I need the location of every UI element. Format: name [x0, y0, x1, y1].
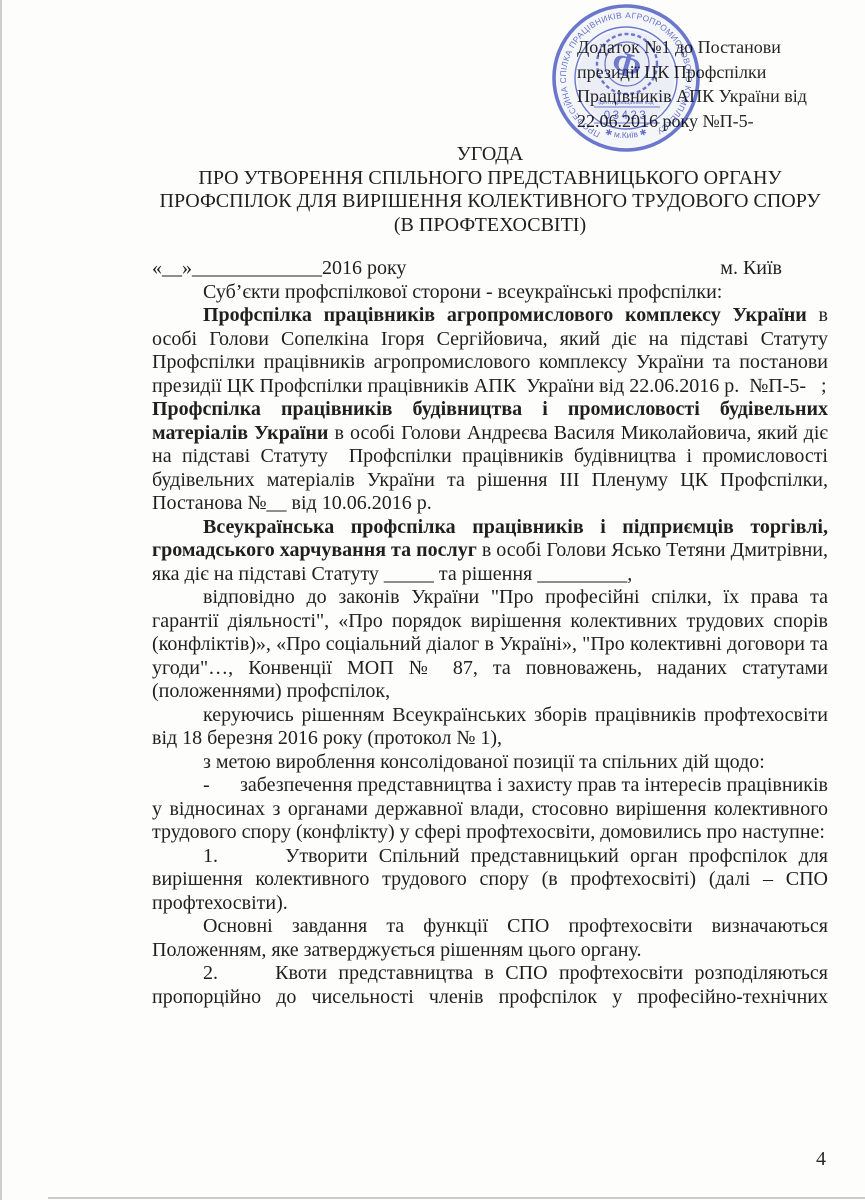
- party2-paragraph: Профспілка працівників будівництва і про…: [152, 398, 828, 516]
- clause-1a-paragraph: Основні завдання та функції СПО профтехо…: [152, 915, 828, 962]
- date-blank: «__»_____________2016 року: [152, 257, 406, 281]
- clause-2-paragraph: 2. Квоти представництва в СПО профтехосв…: [152, 962, 828, 1009]
- party1-name: Профспілка працівників агропромислового …: [203, 304, 807, 326]
- title-line: ПРО УТВОРЕННЯ СПІЛЬНОГО ПРЕДСТАВНИЦЬКОГО…: [152, 167, 828, 191]
- document-title: УГОДА ПРО УТВОРЕННЯ СПІЛЬНОГО ПРЕДСТАВНИ…: [152, 143, 828, 237]
- guided-by-paragraph: керуючись рішенням Всеукраїнських зборів…: [152, 704, 828, 751]
- document-page: Додаток №1 до Постанови президії ЦК Проф…: [0, 0, 865, 1200]
- party1-paragraph: Профспілка працівників агропромислового …: [152, 304, 828, 398]
- intro-paragraph: Суб’єкти профспілкової сторони - всеукра…: [152, 281, 828, 305]
- purpose-paragraph: з метою вироблення консолідованої позиці…: [152, 751, 828, 775]
- scan-edge-left: [0, 0, 2, 1200]
- title-line: (В ПРОФТЕХОСВІТІ): [152, 214, 828, 238]
- legal-basis-paragraph: відповідно до законів України "Про профе…: [152, 586, 828, 704]
- title-line: УГОДА: [152, 143, 828, 167]
- clause-1-paragraph: 1. Утворити Спільний представницький орг…: [152, 845, 828, 916]
- scan-edge-bottom: [48, 1197, 865, 1199]
- title-line: ПРОФСПІЛОК ДЛЯ ВИРІШЕННЯ КОЛЕКТИВНОГО ТР…: [152, 190, 828, 214]
- goal-item-paragraph: - забезпечення представництва і захисту …: [152, 774, 828, 845]
- dateline: «__»_____________2016 року м. Київ: [152, 257, 828, 281]
- party3-paragraph: Всеукраїнська профспілка працівників і п…: [152, 516, 828, 587]
- place-label: м. Київ: [720, 257, 782, 281]
- page-number: 4: [816, 1148, 826, 1171]
- document-body: УГОДА ПРО УТВОРЕННЯ СПІЛЬНОГО ПРЕДСТАВНИ…: [152, 0, 828, 1009]
